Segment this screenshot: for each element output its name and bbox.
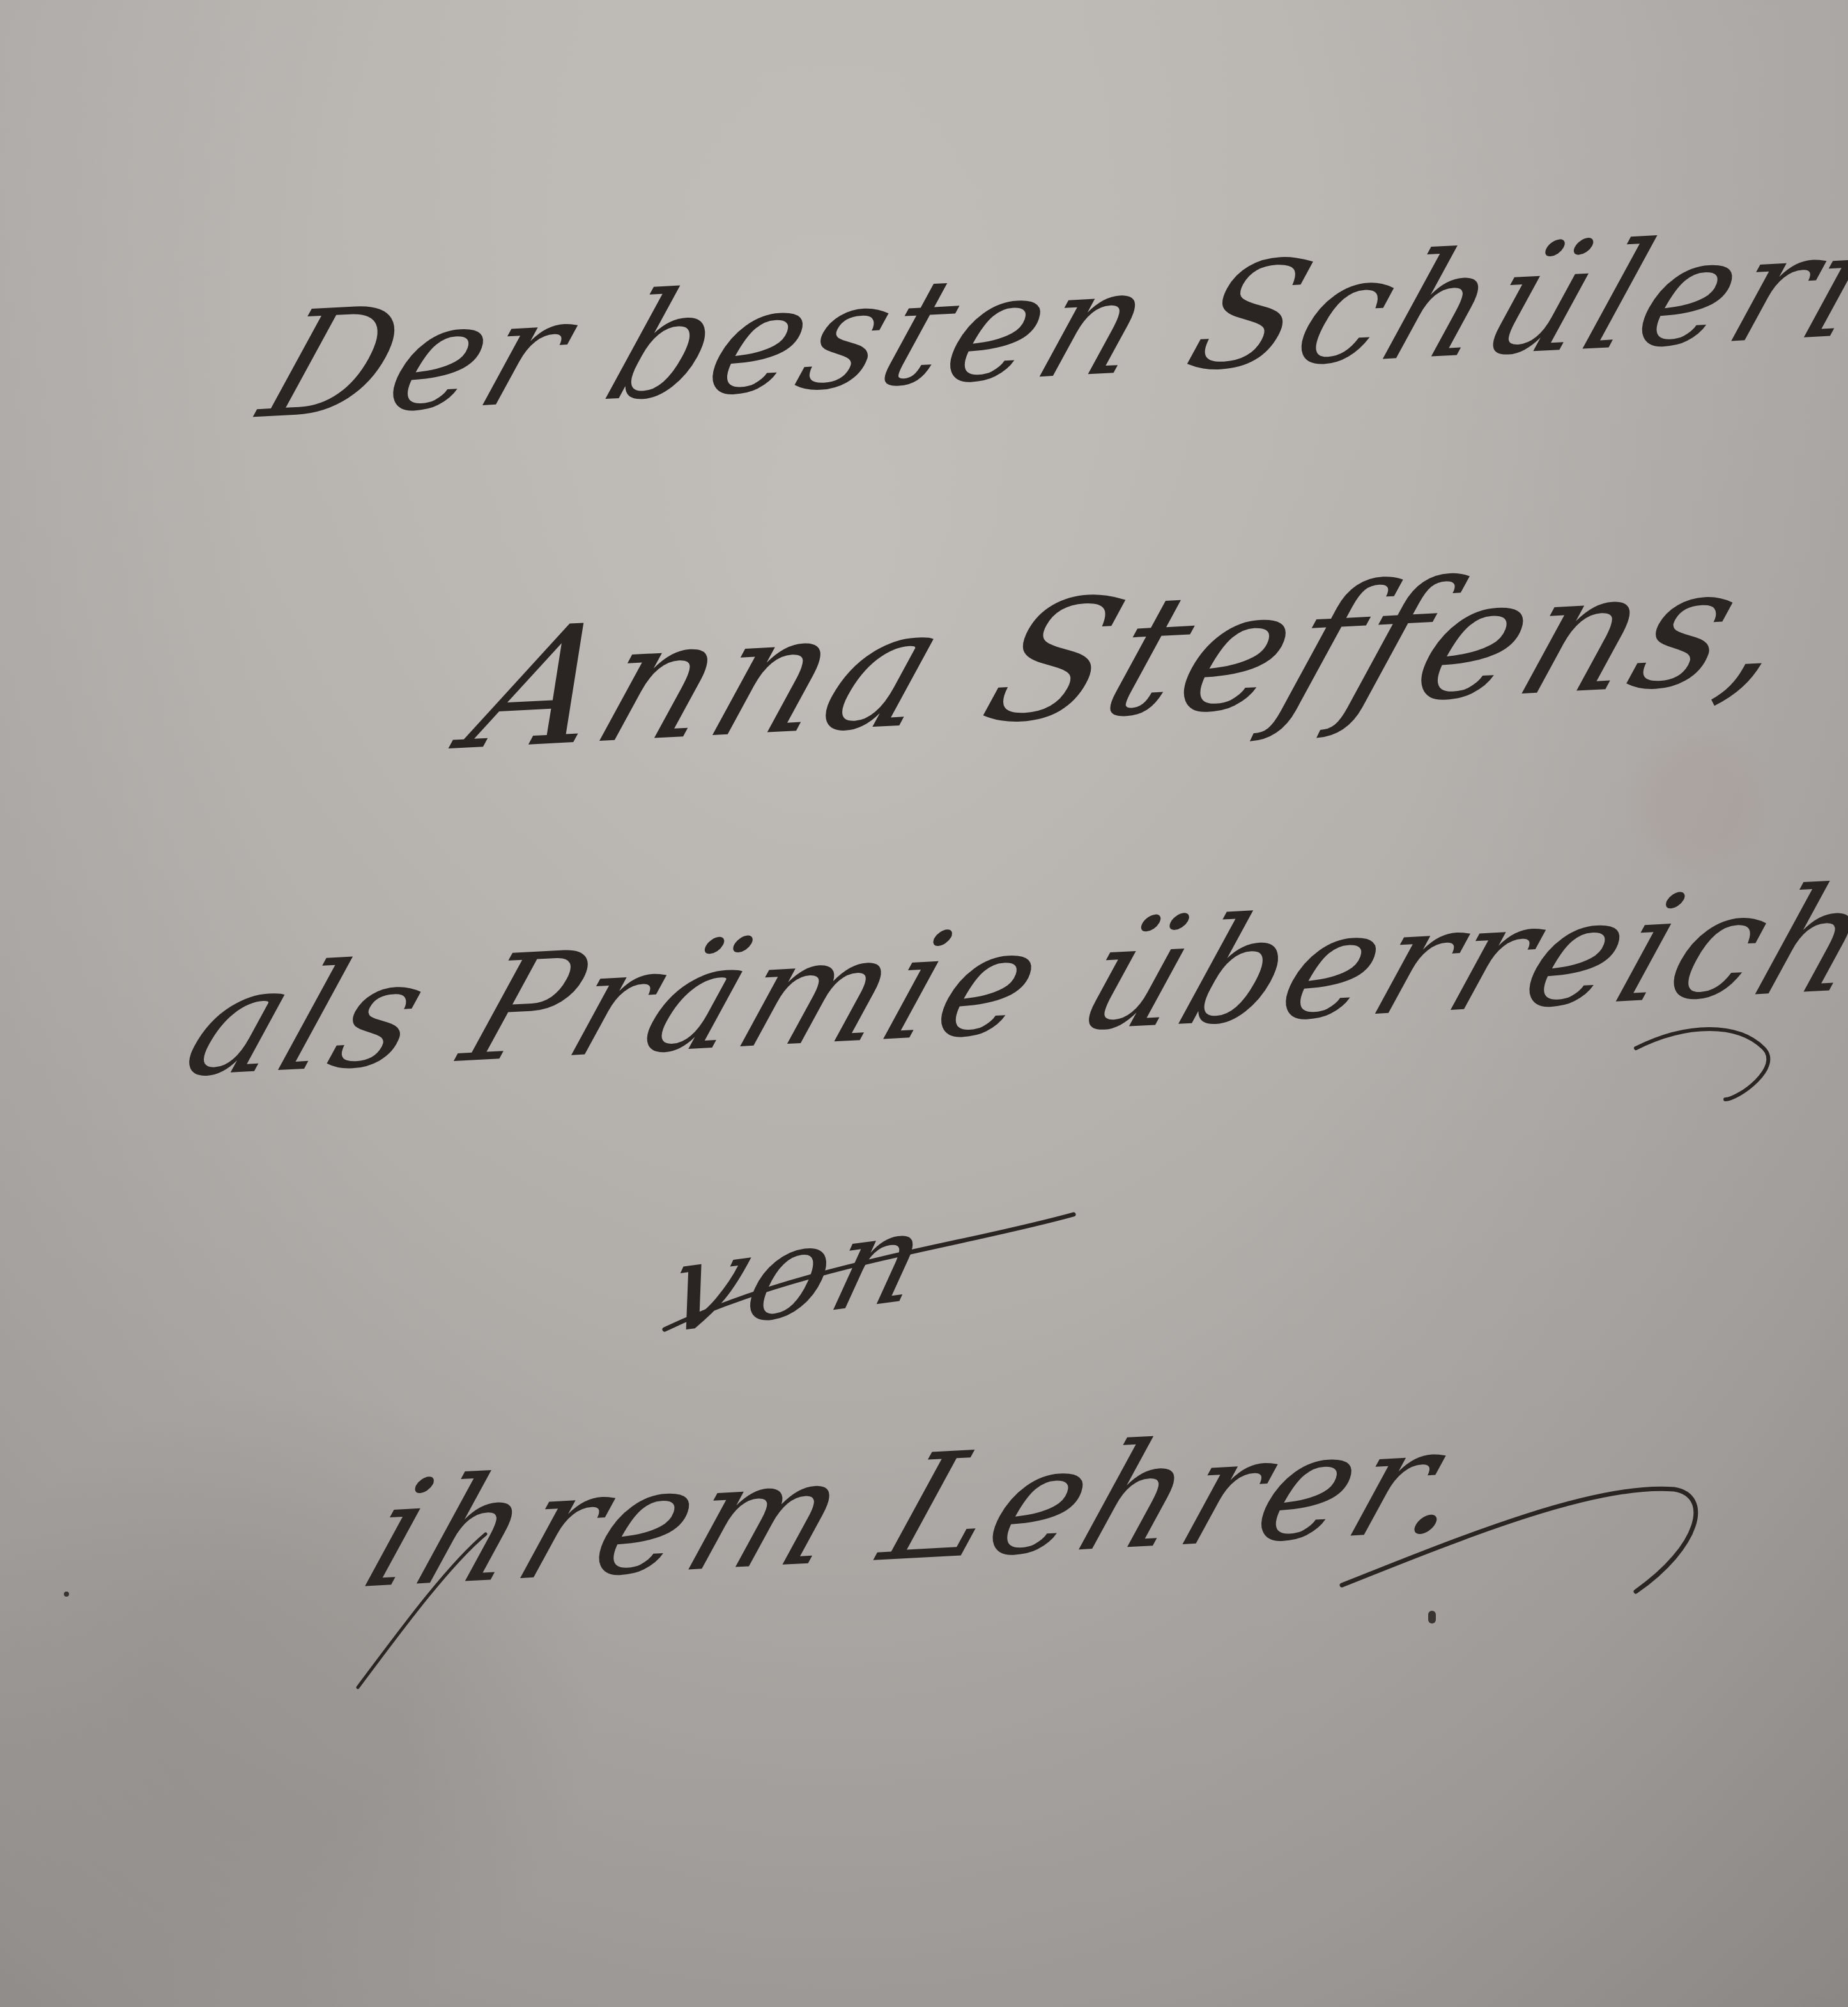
dedication-line-3: als Prämie überreicht	[166, 851, 1848, 1110]
signature-line: ihrem Lehrer.	[345, 1395, 1498, 1622]
recipient-name: Anna Steffens,	[447, 527, 1825, 787]
dedication-line-4: von	[652, 1182, 945, 1363]
ink-speck	[64, 1592, 69, 1597]
ink-speck	[1428, 1611, 1436, 1623]
dedication-line-1: Der besten Schülerin,	[243, 192, 1848, 452]
handwritten-page: { "document": { "type": "handwritten ded…	[0, 0, 1848, 2007]
